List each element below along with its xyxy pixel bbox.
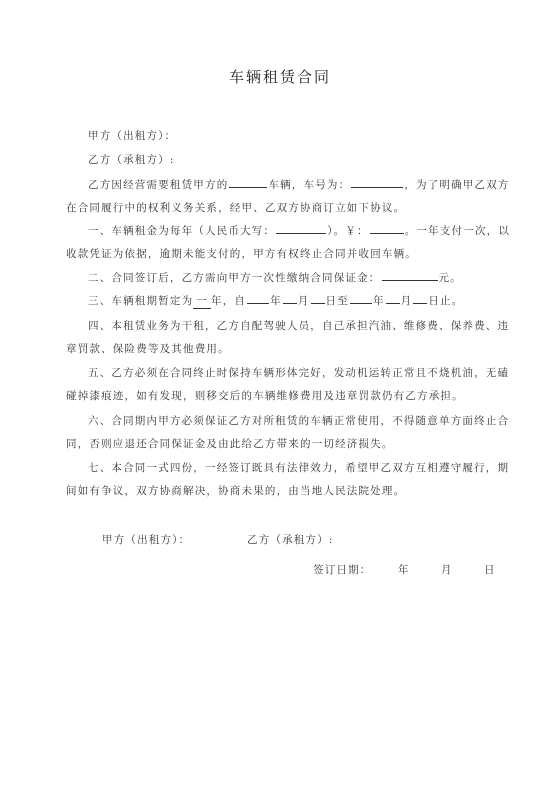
- start-year-blank[interactable]: [247, 293, 269, 304]
- sign-date-year: 年: [398, 562, 410, 577]
- clause3-text-2: 年，自: [211, 295, 246, 307]
- intro-text-1: 乙方因经营需要租赁甲方的: [88, 179, 228, 191]
- intro-line-1: 乙方因经营需要租赁甲方的车辆，车号为：，为了明确甲乙双方: [88, 177, 498, 192]
- clause1-text-2: ）。￥：: [327, 225, 369, 237]
- clause2-text-1: 二、合同签订后，乙方需向甲方一次性缴纳合同保证金：: [88, 272, 381, 284]
- contract-page: 车辆租赁合同 甲方（出租方）： 乙方（承租方）: 乙方因经营需要租赁甲方的车辆，…: [0, 0, 560, 792]
- sign-date-label: 签订日期：: [313, 562, 372, 577]
- document-title: 车辆租赁合同: [0, 66, 560, 87]
- clause5-line-2: 碰掉漆痕迹，如有发现，则移交后的车辆维修费用及违章罚款仍有乙方承担。: [66, 388, 498, 403]
- rent-uppercase-blank[interactable]: [276, 223, 326, 234]
- signature-party-a: 甲方（出租方）：: [102, 532, 190, 547]
- clause3-text-3: 年: [270, 295, 282, 307]
- clause6-line-2: 同，否则应退还合同保证金及由此给乙方带来的一切经济损失。: [66, 436, 498, 451]
- sign-date-day: 日: [484, 562, 496, 577]
- vehicle-type-blank[interactable]: [229, 177, 267, 188]
- end-day-blank[interactable]: [413, 293, 427, 304]
- end-year-blank[interactable]: [350, 293, 372, 304]
- deposit-blank[interactable]: [382, 270, 438, 281]
- clause1-text-3: 。一年支付一次，以: [405, 225, 510, 237]
- clause4-line-2: 章罚款、保险费等及其他费用。: [66, 341, 498, 356]
- clause1-line-1: 一、车辆租金为每年（人民币大写：）。￥：。一年支付一次，以: [88, 223, 498, 238]
- sign-date-month: 月: [441, 562, 453, 577]
- end-month-blank[interactable]: [386, 293, 400, 304]
- clause3-text-6: 年: [373, 295, 385, 307]
- party-a-line: 甲方（出租方）：: [88, 128, 498, 143]
- clause6-line-1: 六、合同期内甲方必须保证乙方对所租赁的车辆正常使用，不得随意单方面终止合: [88, 413, 498, 428]
- term-value[interactable]: 一: [193, 293, 211, 309]
- clause3-text-4: 月: [298, 295, 310, 307]
- clause3-text-7: 月: [401, 295, 413, 307]
- clause1-text-1: 一、车辆租金为每年（人民币大写：: [88, 225, 275, 237]
- clause3-text-5: 日至: [326, 295, 349, 307]
- intro-text-2: 车辆，车号为：: [268, 179, 350, 191]
- clause2-text-2: 元。: [439, 272, 462, 284]
- rent-amount-blank[interactable]: [370, 223, 404, 234]
- clause1-line-2: 收款凭证为依据，逾期未能支付的，甲方有权终止合同并收回车辆。: [66, 246, 498, 261]
- clause7-line-1: 七、本合同一式四份，一经签订既具有法律效力，希望甲乙双方互相遵守履行，期: [88, 460, 498, 475]
- clause5-line-1: 五、乙方必须在合同终止时保持车辆形体完好，发动机运转正常且不烧机油，无磕: [88, 365, 498, 380]
- intro-text-3: ，为了明确甲乙双方: [404, 179, 509, 191]
- clause7-line-2: 间如有争议，双方协商解决，协商未果的，由当地人民法院处理。: [66, 483, 498, 498]
- clause4-line-1: 四、本租赁业务为干租，乙方自配驾驶人员，自己承担汽油、维修费、保养费、违: [88, 318, 498, 333]
- signature-party-b: 乙方（承租方）:: [247, 532, 334, 547]
- plate-number-blank[interactable]: [351, 177, 403, 188]
- clause3-text-1: 三、车辆租期暂定为: [88, 295, 193, 307]
- start-day-blank[interactable]: [311, 293, 325, 304]
- clause2-line: 二、合同签订后，乙方需向甲方一次性缴纳合同保证金：元。: [88, 270, 498, 285]
- party-b-line: 乙方（承租方）:: [88, 152, 498, 167]
- clause3-text-8: 日止。: [428, 295, 463, 307]
- start-month-blank[interactable]: [283, 293, 297, 304]
- clause3-line: 三、车辆租期暂定为一年，自年月日至年月日止。: [88, 293, 498, 309]
- intro-line-2: 在合同履行中的权利义务关系，经甲、乙双方协商订立如下协议。: [66, 200, 498, 215]
